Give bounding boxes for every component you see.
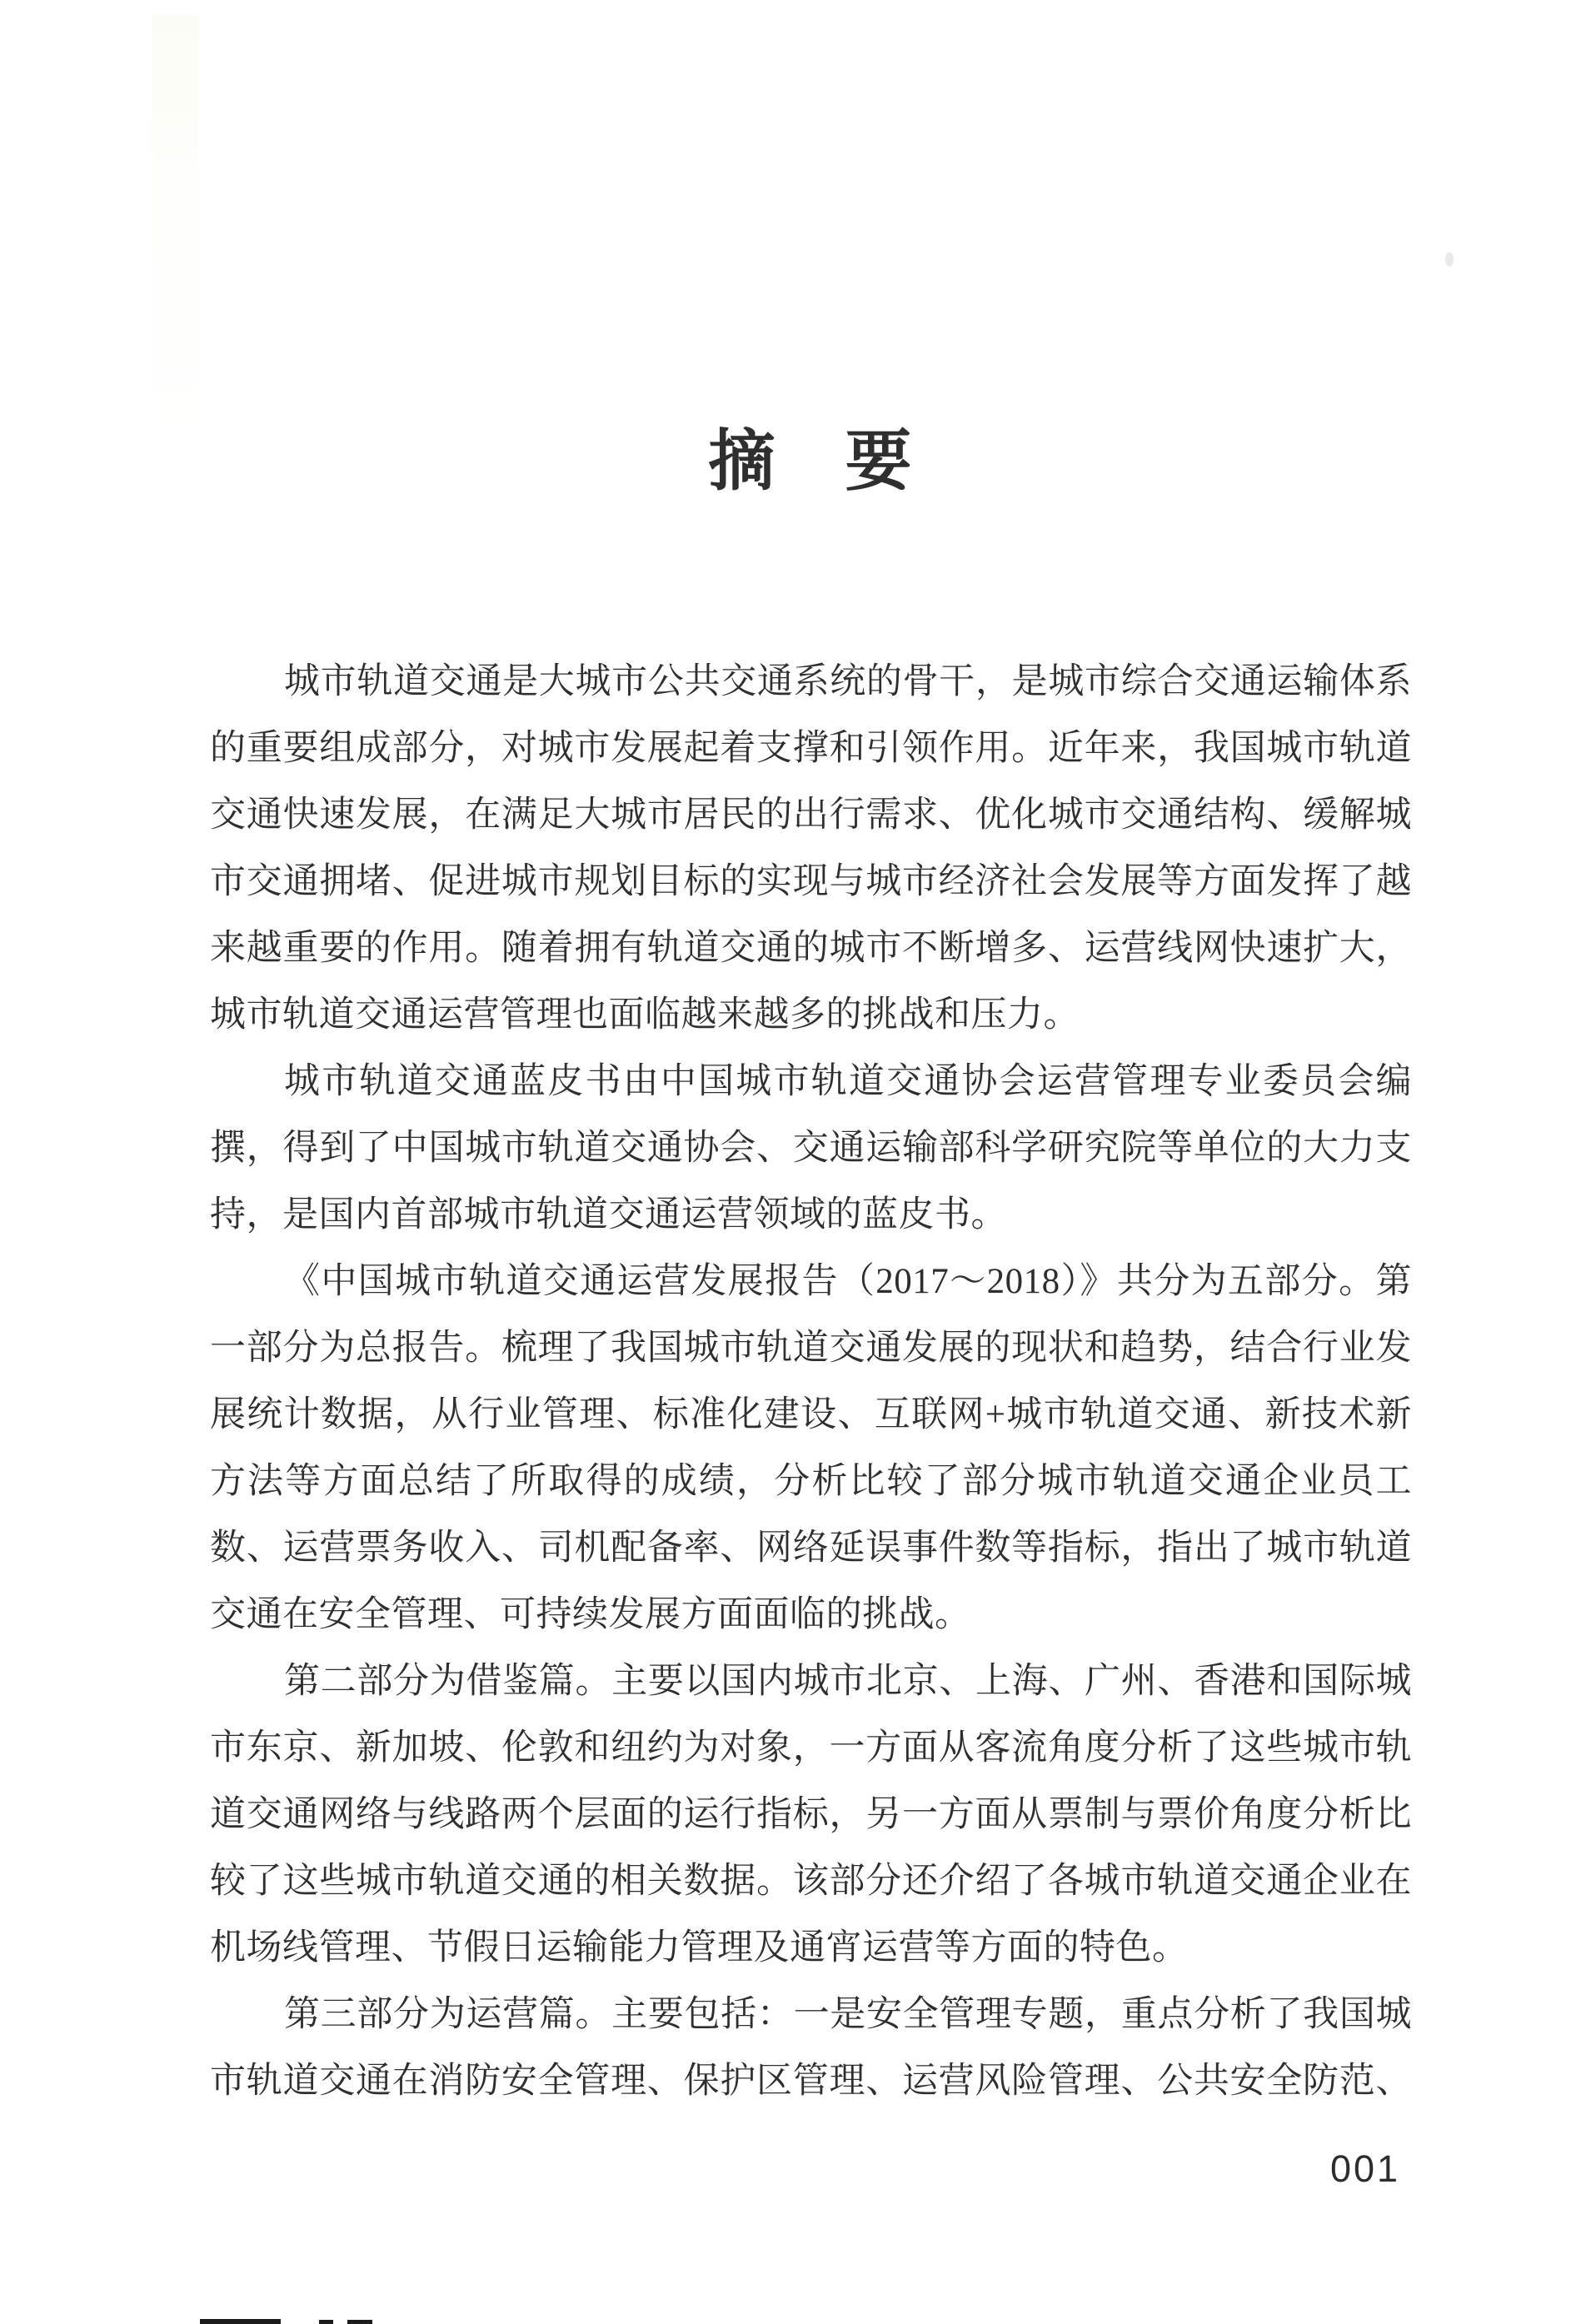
abstract-body: 城市轨道交通是大城市公共交通系统的骨干，是城市综合交通运输体系的重要组成部分，对… (210, 649, 1412, 2115)
text-line: 城市轨道交通是大城市公共交通系统的骨干，是城市综合交通运输体系 (210, 649, 1412, 716)
page-number: 001 (1330, 2147, 1400, 2191)
text-line: 来越重要的作用。随着拥有轨道交通的城市不断增多、运营线网快速扩大， (210, 915, 1412, 982)
text-line: 城市轨道交通运营管理也面临越来越多的挑战和压力。 (210, 982, 1412, 1049)
scan-cutoff-mark (319, 2320, 333, 2324)
text-line: 市轨道交通在消防安全管理、保护区管理、运营风险管理、公共安全防范、 (210, 2048, 1412, 2115)
text-line: 第三部分为运营篇。主要包括：一是安全管理专题，重点分析了我国城 (210, 1982, 1412, 2048)
text-line: 城市轨道交通蓝皮书由中国城市轨道交通协会运营管理专业委员会编 (210, 1049, 1412, 1115)
scan-cutoff-mark (200, 2319, 281, 2324)
text-line: 一部分为总报告。梳理了我国城市轨道交通发展的现状和趋势，结合行业发 (210, 1315, 1412, 1382)
text-line: 撰，得到了中国城市轨道交通协会、交通运输部科学研究院等单位的大力支 (210, 1115, 1412, 1182)
page-title: 摘 要 (210, 419, 1412, 506)
text-line: 的重要组成部分，对城市发展起着支撑和引领作用。近年来，我国城市轨道 (210, 716, 1412, 782)
text-line: 第二部分为借鉴篇。主要以国内城市北京、上海、广州、香港和国际城 (210, 1648, 1412, 1715)
scan-speck-artifact (1445, 252, 1454, 267)
scanned-page: 摘 要 城市轨道交通是大城市公共交通系统的骨干，是城市综合交通运输体系的重要组成… (0, 0, 1586, 2324)
scan-cutoff-mark (347, 2320, 372, 2324)
text-line: 《中国城市轨道交通运营发展报告（2017～2018）》共分为五部分。第 (210, 1249, 1412, 1315)
text-line: 展统计数据，从行业管理、标准化建设、互联网+城市轨道交通、新技术新 (210, 1382, 1412, 1449)
text-line: 道交通网络与线路两个层面的运行指标，另一方面从票制与票价角度分析比 (210, 1782, 1412, 1848)
text-line: 机场线管理、节假日运输能力管理及通宵运营等方面的特色。 (210, 1915, 1412, 1982)
text-line: 市交通拥堵、促进城市规划目标的实现与城市经济社会发展等方面发挥了越 (210, 849, 1412, 915)
text-line: 持，是国内首部城市轨道交通运营领域的蓝皮书。 (210, 1182, 1412, 1249)
text-line: 方法等方面总结了所取得的成绩，分析比较了部分城市轨道交通企业员工 (210, 1449, 1412, 1515)
text-line: 市东京、新加坡、伦敦和纽约为对象，一方面从客流角度分析了这些城市轨 (210, 1715, 1412, 1782)
text-line: 交通在安全管理、可持续发展方面面临的挑战。 (210, 1582, 1412, 1648)
text-line: 交通快速发展，在满足大城市居民的出行需求、优化城市交通结构、缓解城 (210, 782, 1412, 849)
scan-edge-artifact (152, 15, 198, 448)
text-line: 较了这些城市轨道交通的相关数据。该部分还介绍了各城市轨道交通企业在 (210, 1848, 1412, 1915)
text-line: 数、运营票务收入、司机配备率、网络延误事件数等指标，指出了城市轨道 (210, 1515, 1412, 1582)
